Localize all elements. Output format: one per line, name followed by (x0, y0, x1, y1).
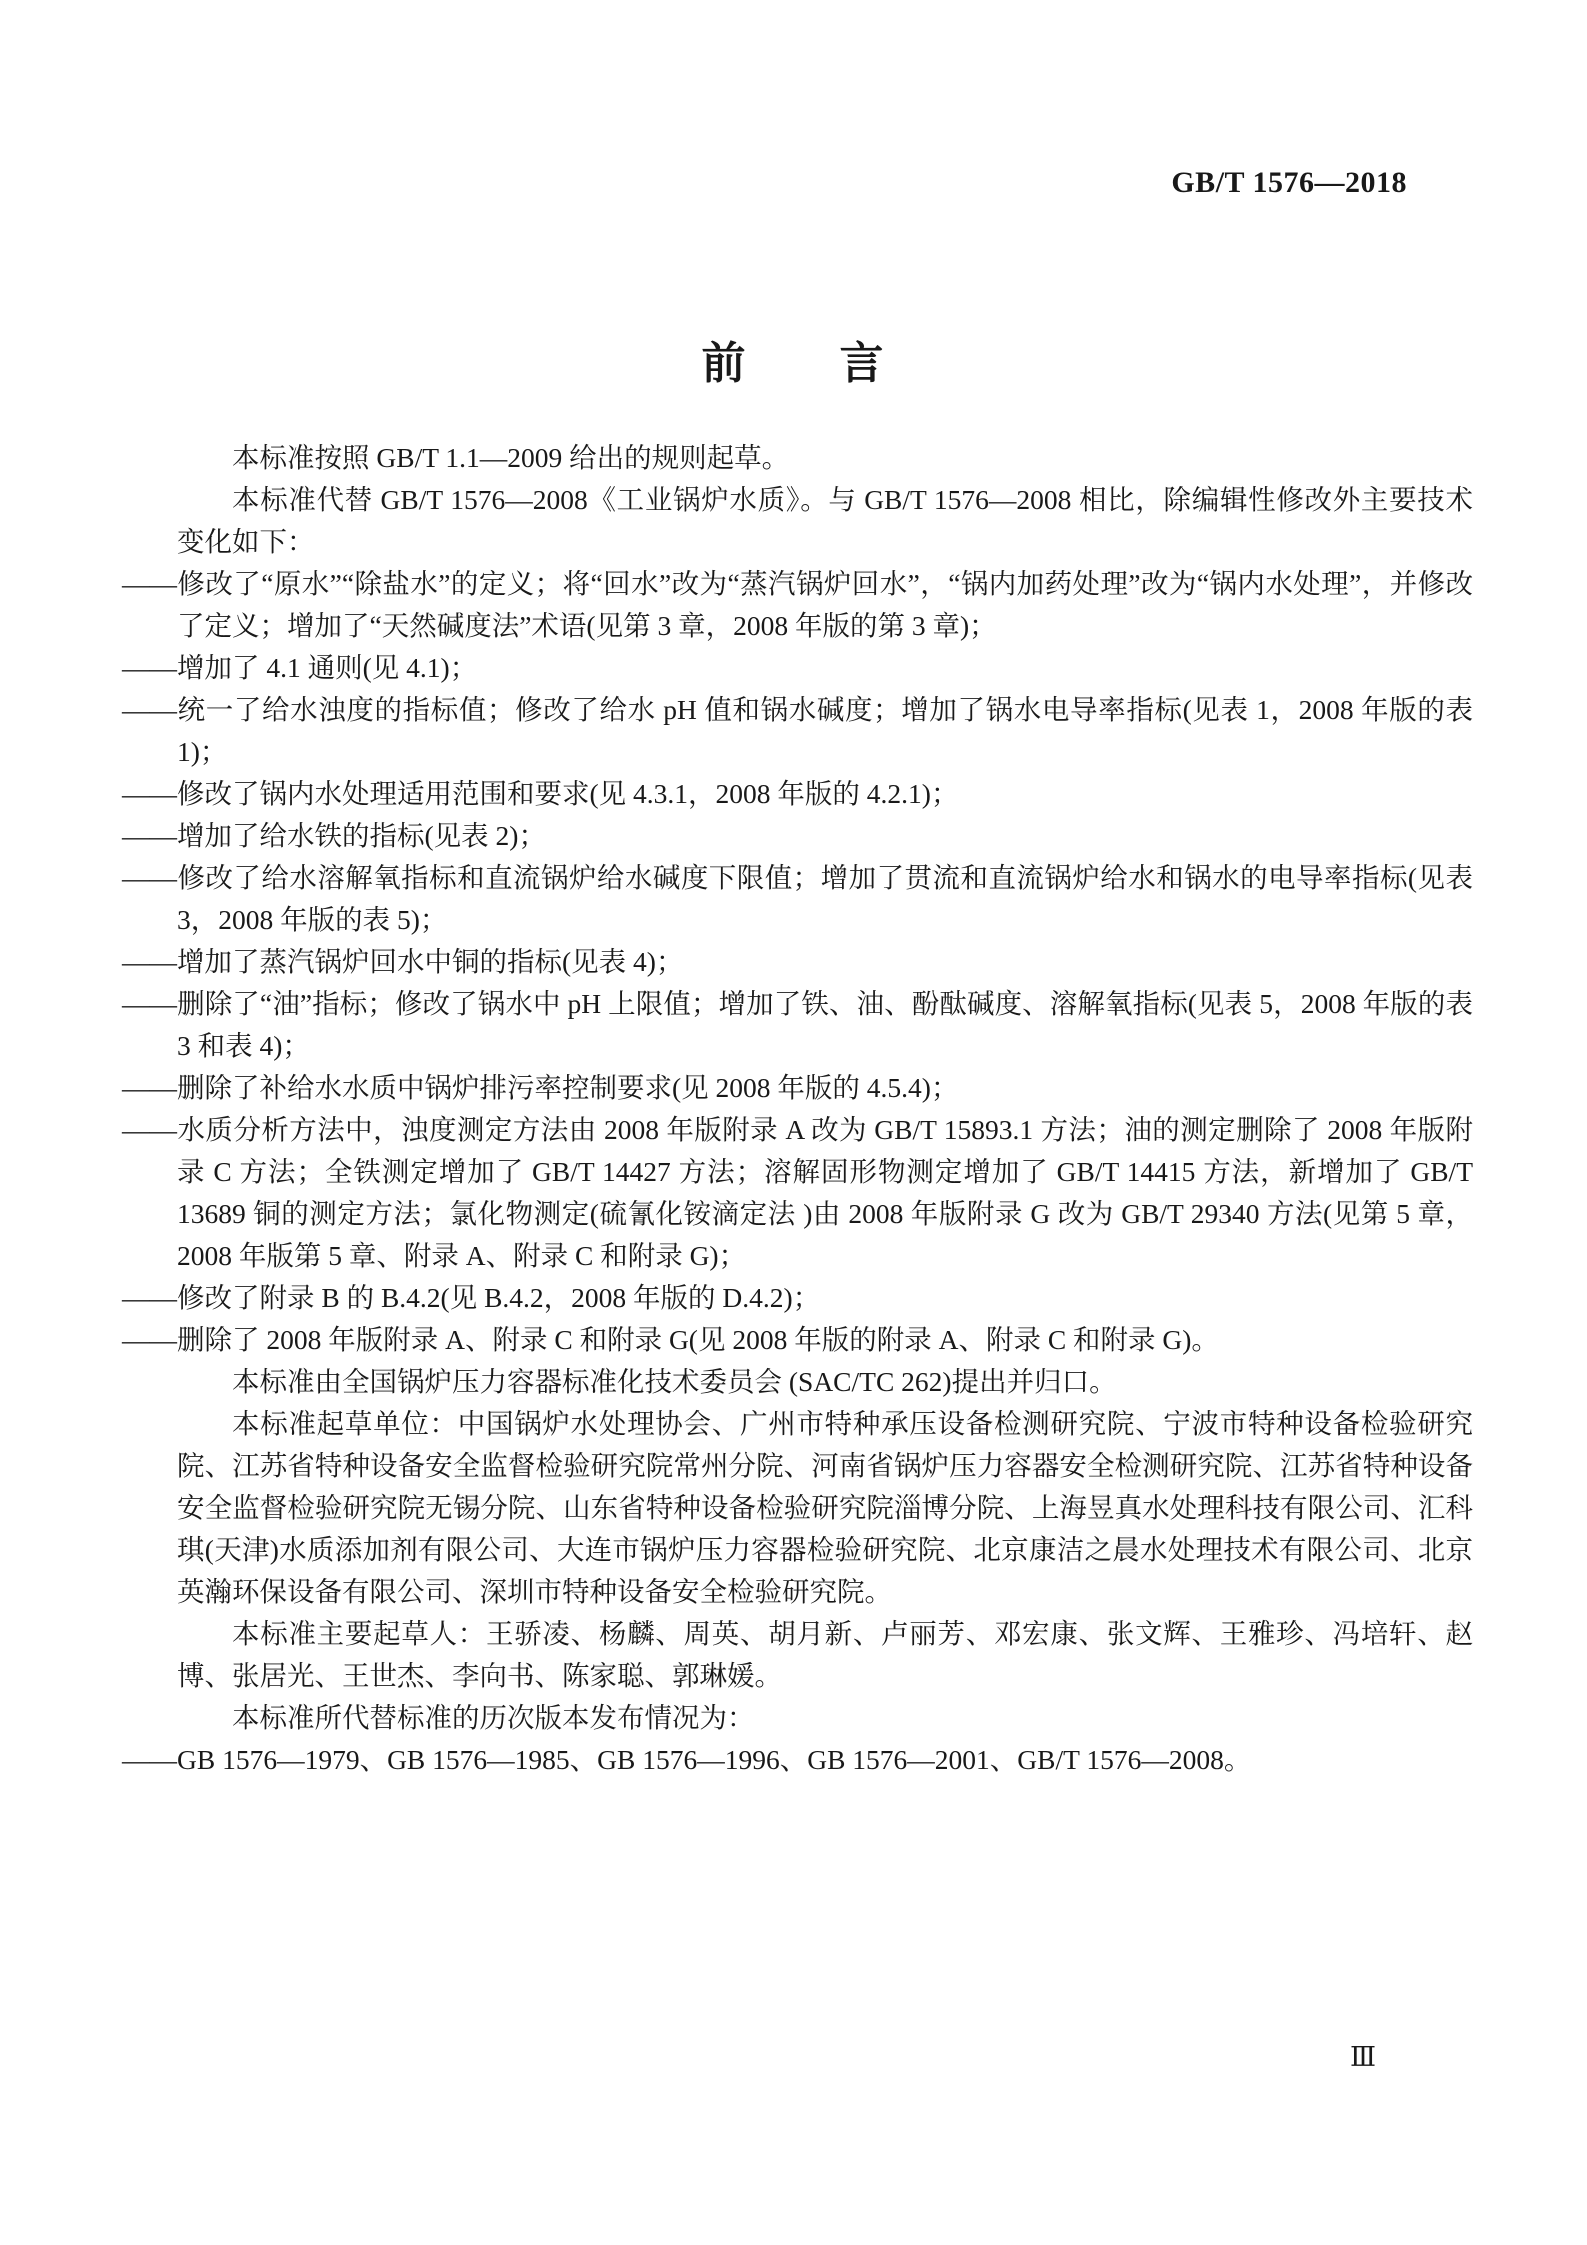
paragraph: 本标准起草单位：中国锅炉水处理协会、广州市特种承压设备检测研究院、宁波市特种设备… (177, 1403, 1473, 1613)
list-item: ——删除了补给水水质中锅炉排污率控制要求(见 2008 年版的 4.5.4)； (177, 1067, 1473, 1109)
list-item: ——修改了“原水”“除盐水”的定义；将“回水”改为“蒸汽锅炉回水”，“锅内加药处… (177, 563, 1473, 647)
document-body: 本标准按照 GB/T 1.1—2009 给出的规则起草。本标准代替 GB/T 1… (177, 437, 1473, 1781)
list-item: ——统一了给水浊度的指标值；修改了给水 pH 值和锅水碱度；增加了锅水电导率指标… (177, 689, 1473, 773)
paragraph: 本标准由全国锅炉压力容器标准化技术委员会 (SAC/TC 262)提出并归口。 (177, 1361, 1473, 1403)
list-item: ——修改了锅内水处理适用范围和要求(见 4.3.1，2008 年版的 4.2.1… (177, 773, 1473, 815)
list-item: ——增加了给水铁的指标(见表 2)； (177, 815, 1473, 857)
list-item: ——修改了给水溶解氧指标和直流锅炉给水碱度下限值；增加了贯流和直流锅炉给水和锅水… (177, 857, 1473, 941)
standard-number-header: GB/T 1576—2018 (1171, 166, 1407, 200)
page-number: Ⅲ (1350, 2042, 1377, 2073)
list-item: ——水质分析方法中，浊度测定方法由 2008 年版附录 A 改为 GB/T 15… (177, 1109, 1473, 1277)
list-item: ——删除了 2008 年版附录 A、附录 C 和附录 G(见 2008 年版的附… (177, 1319, 1473, 1361)
page-title: 前 言 (0, 327, 1587, 391)
paragraph: 本标准主要起草人：王骄凌、杨麟、周英、胡月新、卢丽芳、邓宏康、张文辉、王雅珍、冯… (177, 1613, 1473, 1697)
list-item: ——增加了 4.1 通则(见 4.1)； (177, 647, 1473, 689)
paragraph: 本标准代替 GB/T 1576—2008《工业锅炉水质》。与 GB/T 1576… (177, 479, 1473, 563)
list-item: ——GB 1576—1979、GB 1576—1985、GB 1576—1996… (177, 1739, 1473, 1781)
list-item: ——增加了蒸汽锅炉回水中铜的指标(见表 4)； (177, 941, 1473, 983)
paragraph: 本标准所代替标准的历次版本发布情况为： (177, 1697, 1473, 1739)
document-page: GB/T 1576—2018 前 言 本标准按照 GB/T 1.1—2009 给… (0, 0, 1587, 2245)
list-item: ——修改了附录 B 的 B.4.2(见 B.4.2，2008 年版的 D.4.2… (177, 1277, 1473, 1319)
paragraph: 本标准按照 GB/T 1.1—2009 给出的规则起草。 (177, 437, 1473, 479)
list-item: ——删除了“油”指标；修改了锅水中 pH 上限值；增加了铁、油、酚酞碱度、溶解氧… (177, 983, 1473, 1067)
